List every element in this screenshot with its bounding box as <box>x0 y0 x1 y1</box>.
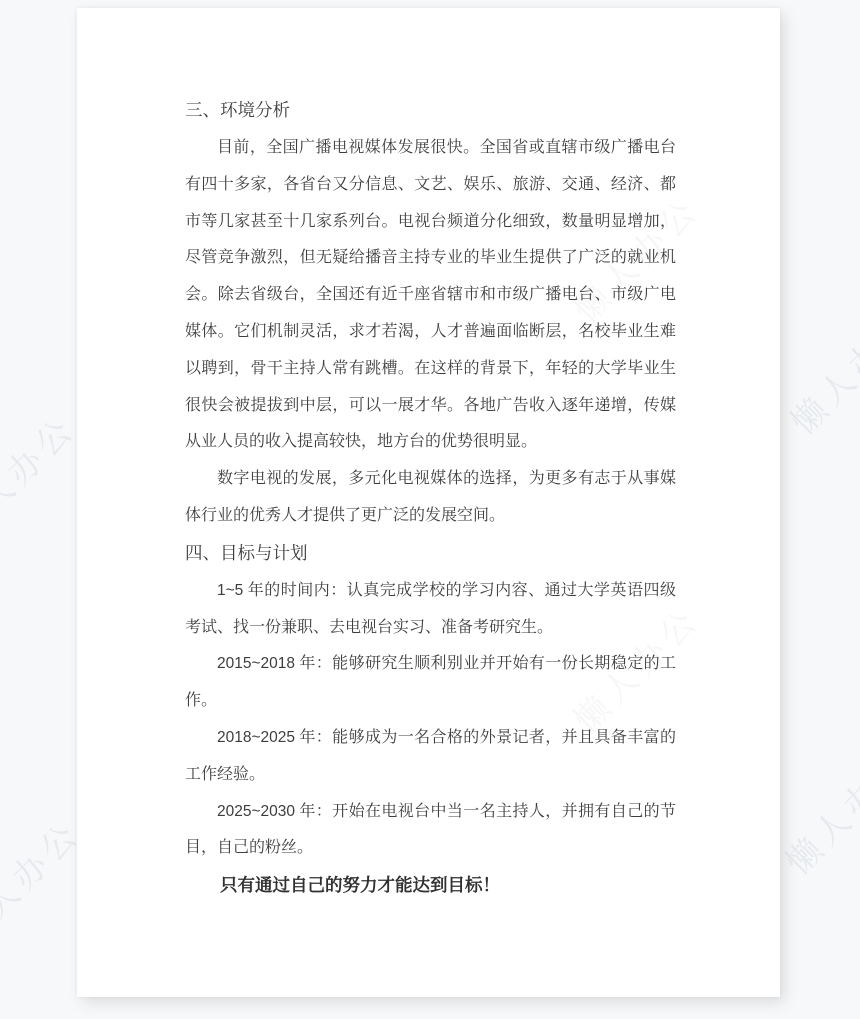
goal-year-range: 2015~2018 <box>217 655 295 672</box>
goal-year-range: 1~5 <box>217 582 243 599</box>
paragraph-digital-tv: 数字电视的发展，多元化电视媒体的选择，为更多有志于从事媒体行业的优秀人才提供了更… <box>185 461 676 535</box>
goal-year-range: 2018~2025 <box>217 729 295 746</box>
watermark-text: 懒人办公 <box>0 403 85 551</box>
paragraph-goal-2025-2030: 2025~2030 年：开始在电视台中当一名主持人，并拥有自己的节目，自己的粉丝… <box>185 794 676 868</box>
goal-year-range: 2025~2030 <box>217 803 295 820</box>
section-heading-environment-analysis: 三、环境分析 <box>185 96 676 124</box>
paragraph-goal-2018-2025: 2018~2025 年：能够成为一名合格的外景记者，并且具备丰富的工作经验。 <box>185 720 676 794</box>
watermark-text: 懒人办公 <box>778 296 860 444</box>
document-canvas: 三、环境分析 目前，全国广播电视媒体发展很快。全国省或直辖市级广播电台有四十多家… <box>0 0 860 1019</box>
watermark-text: 懒人办公 <box>773 736 860 884</box>
paragraph-goal-2015-2018: 2015~2018 年：能够研究生顺利别业并开始有一份长期稳定的工作。 <box>185 646 676 720</box>
closing-statement: 只有通过自己的努力才能达到目标！ <box>185 867 676 904</box>
section-heading-goals-plan: 四、目标与计划 <box>185 539 676 567</box>
goal-text: 年的时间内：认真完成学校的学习内容、通过大学英语四级考试、找一份兼职、去电视台实… <box>185 582 676 636</box>
document-page: 三、环境分析 目前，全国广播电视媒体发展很快。全国省或直辖市级广播电台有四十多家… <box>77 8 780 997</box>
paragraph-media-development: 目前，全国广播电视媒体发展很快。全国省或直辖市级广播电台有四十多家，各省台又分信… <box>185 130 676 461</box>
paragraph-goal-1-5-years: 1~5 年的时间内：认真完成学校的学习内容、通过大学英语四级考试、找一份兼职、去… <box>185 573 676 647</box>
